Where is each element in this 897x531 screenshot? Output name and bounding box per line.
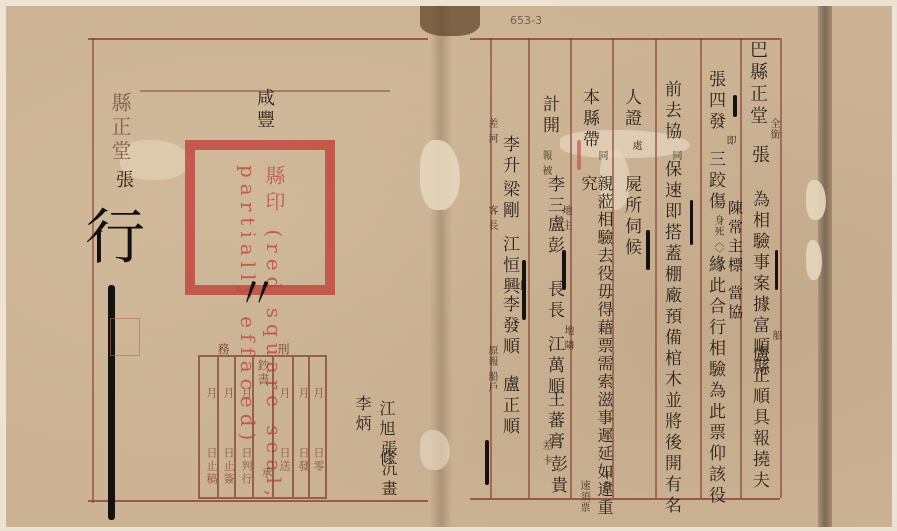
- clerk-line: 張沆畫: [380, 440, 396, 500]
- doc-line-2a: 張四發: [706, 70, 723, 133]
- side-header: 縣正堂: [110, 92, 130, 164]
- column-rule: [655, 38, 657, 498]
- paper-damage: [806, 240, 822, 280]
- person-name: 彭貴: [548, 455, 565, 497]
- stamp-month: 月: [220, 387, 236, 400]
- stamp-month: 月: [276, 387, 292, 400]
- reign-title: 咸豐: [255, 88, 273, 132]
- brush-tick: [522, 260, 526, 320]
- list-header: 計開: [540, 95, 557, 137]
- brush-tick: [733, 95, 737, 117]
- stamp-cell: 日止稿: [203, 447, 219, 486]
- brush-tick: [485, 440, 489, 485]
- doc-line-5-note: 同: [596, 150, 606, 161]
- person-name: 盧彭: [545, 215, 562, 257]
- doc-line-4b: 屍所伺候: [622, 175, 639, 259]
- issuer-surname: 張: [750, 145, 768, 167]
- stamp-label: 刑: [275, 343, 292, 357]
- person-note: 客 長: [486, 205, 496, 231]
- stamp-month: 月: [203, 387, 219, 400]
- stamp-month: 月: [295, 387, 311, 400]
- stamp-header: 鈔書: [255, 359, 272, 387]
- issuer-title: 巴縣正堂: [748, 40, 766, 128]
- clerk-line: 李炳: [354, 395, 370, 435]
- doc-line-5-note2: 不貸: [600, 470, 610, 492]
- doc-line-2b: 三跤傷: [706, 150, 723, 213]
- frame-top-rule: [88, 38, 428, 40]
- stamp-cell: 日判行: [238, 447, 254, 486]
- stamp-cell: 承: [258, 467, 274, 480]
- handwritten-overlay: 陳常主標 當協: [727, 200, 742, 323]
- doc-line-3b: 保速即搭蓋棚廠預備棺木並將後開有名: [662, 160, 679, 517]
- stain: [420, 6, 480, 36]
- doc-line-2-note: 即: [724, 135, 734, 146]
- brush-tick: [775, 250, 778, 290]
- stamp-cell: 日零: [310, 447, 326, 473]
- person-role: 差 河: [486, 118, 496, 144]
- stamp-cell: 日送: [276, 447, 292, 473]
- paper-damage: [806, 180, 826, 220]
- date-brush: 〃: [230, 270, 274, 318]
- catalog-number: 653-3: [510, 14, 542, 27]
- stamp-cell: 日發: [295, 447, 311, 473]
- doc-line-3a: 前去協: [662, 80, 679, 143]
- doc-line-4a: 人證: [622, 88, 639, 130]
- doc-line-5-note3: 速須票: [578, 480, 588, 513]
- stamp-cell: 日止簽: [220, 447, 236, 486]
- doc-line-2c: 緣此合行相驗為此票仰該役: [706, 255, 723, 507]
- person-name: 江萬順: [545, 335, 562, 398]
- date-stamp: 鈔書 月 月 月 月 月 月 日零 日發 日送 承 日判行 日止簽 日止稿: [198, 355, 327, 499]
- paper-damage: [420, 430, 450, 470]
- person-role: 長長: [545, 280, 562, 322]
- small-seal: [110, 318, 140, 356]
- doc-line-1b: 盧正順具報撓夫: [750, 345, 767, 492]
- side-header-surname: 張: [114, 170, 132, 192]
- frame-left-rule: [92, 38, 94, 503]
- doc-line-1-note: 船: [770, 330, 780, 341]
- person-role: 報 被: [540, 150, 550, 176]
- person-name: 李發順: [500, 295, 517, 358]
- column-rule: [490, 38, 492, 498]
- person-role: 原報 船戶: [486, 345, 496, 393]
- brush-tick: [646, 230, 650, 270]
- frame-bottom-rule: [470, 498, 780, 500]
- column-rule: [570, 38, 572, 498]
- column-rule: [700, 38, 702, 498]
- signature-brush: 行: [80, 205, 140, 269]
- frame-right-rule: [780, 38, 782, 498]
- person-name: 梁剛: [500, 180, 517, 222]
- vermilion-dot: [577, 140, 581, 170]
- stamp-month: 月: [310, 387, 326, 400]
- doc-line-5a: 本縣帶: [580, 88, 597, 151]
- brush-tick: [562, 250, 566, 290]
- issuer-note: 全銜: [768, 118, 778, 140]
- stamp-label: 務: [215, 343, 232, 357]
- brush-tick: [690, 200, 693, 245]
- stamp-month: 月: [238, 387, 254, 400]
- doc-line-4-note: 處: [630, 140, 640, 151]
- column-rule: [528, 38, 530, 498]
- person-name: 李升: [500, 135, 517, 177]
- frame-top-rule: [470, 38, 780, 40]
- person-name: 盧正順: [500, 375, 517, 438]
